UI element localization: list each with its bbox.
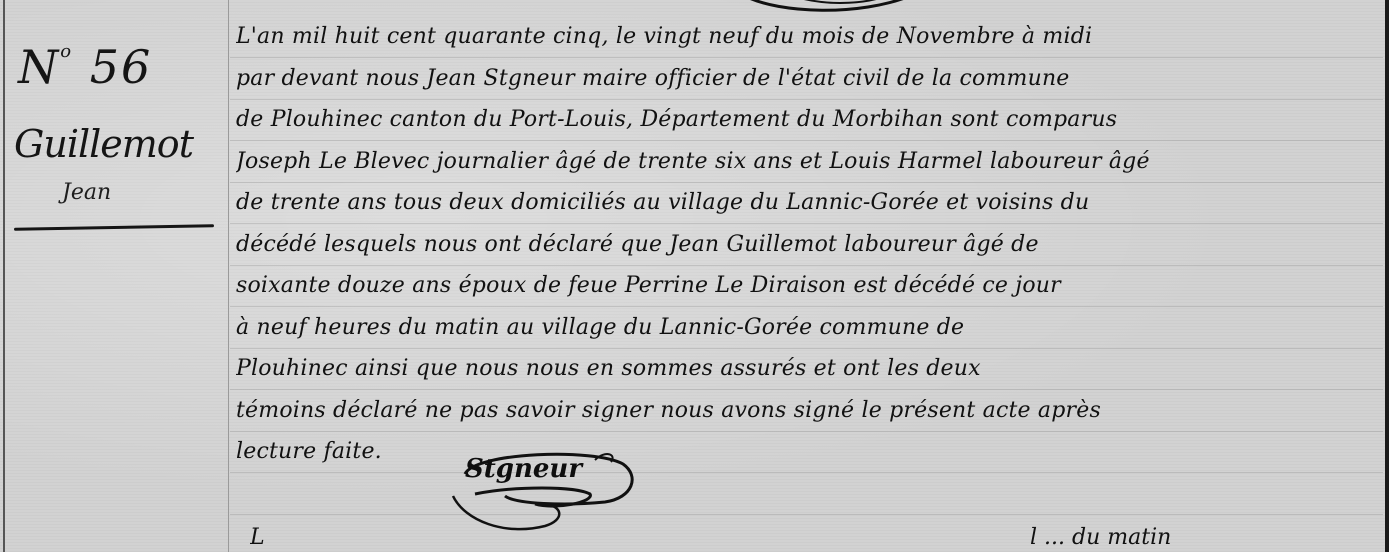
next-entry-tail: l ... du matin: [1030, 525, 1171, 550]
entry-number-value: 56: [90, 40, 153, 94]
mayor-signature: Stgneur: [445, 446, 645, 536]
record-line: décédé lesquels nous ont déclaré que Jea…: [236, 224, 1376, 266]
deceased-surname: Guillemot: [14, 122, 193, 166]
register-page: No 56 Guillemot Jean L'an mil huit cent …: [0, 0, 1389, 552]
record-line: Plouhinec ainsi que nous nous en sommes …: [236, 348, 1376, 390]
record-line: à neuf heures du matin au village du Lan…: [236, 307, 1376, 349]
record-line: lecture faite.: [236, 431, 1376, 473]
next-entry-start: L: [250, 525, 265, 550]
record-line: soixante douze ans époux de feue Perrine…: [236, 265, 1376, 307]
record-line: de trente ans tous deux domiciliés au vi…: [236, 182, 1376, 224]
record-body: L'an mil huit cent quarante cinq, le vin…: [236, 16, 1376, 473]
margin-rule: [228, 0, 229, 552]
signature-text: Stgneur: [465, 454, 582, 484]
entry-number-sup: o: [60, 41, 73, 62]
next-entry-partial: L l ... du matin: [250, 525, 1370, 552]
margin-column: No 56 Guillemot Jean: [0, 0, 228, 552]
deceased-given-name: Jean: [62, 180, 111, 205]
record-line: Joseph Le Blevec journalier âgé de trent…: [236, 141, 1376, 183]
record-line: par devant nous Jean Stgneur maire offic…: [236, 58, 1376, 100]
record-line: témoins déclaré ne pas savoir signer nou…: [236, 390, 1376, 432]
margin-underline: [14, 224, 214, 230]
entry-number: No 56: [18, 40, 152, 94]
page-right-edge: [1385, 0, 1389, 552]
record-line: L'an mil huit cent quarante cinq, le vin…: [236, 16, 1376, 58]
entry-number-prefix: N: [18, 40, 60, 94]
record-line: de Plouhinec canton du Port-Louis, Dépar…: [236, 99, 1376, 141]
ruled-line: [230, 514, 1383, 515]
